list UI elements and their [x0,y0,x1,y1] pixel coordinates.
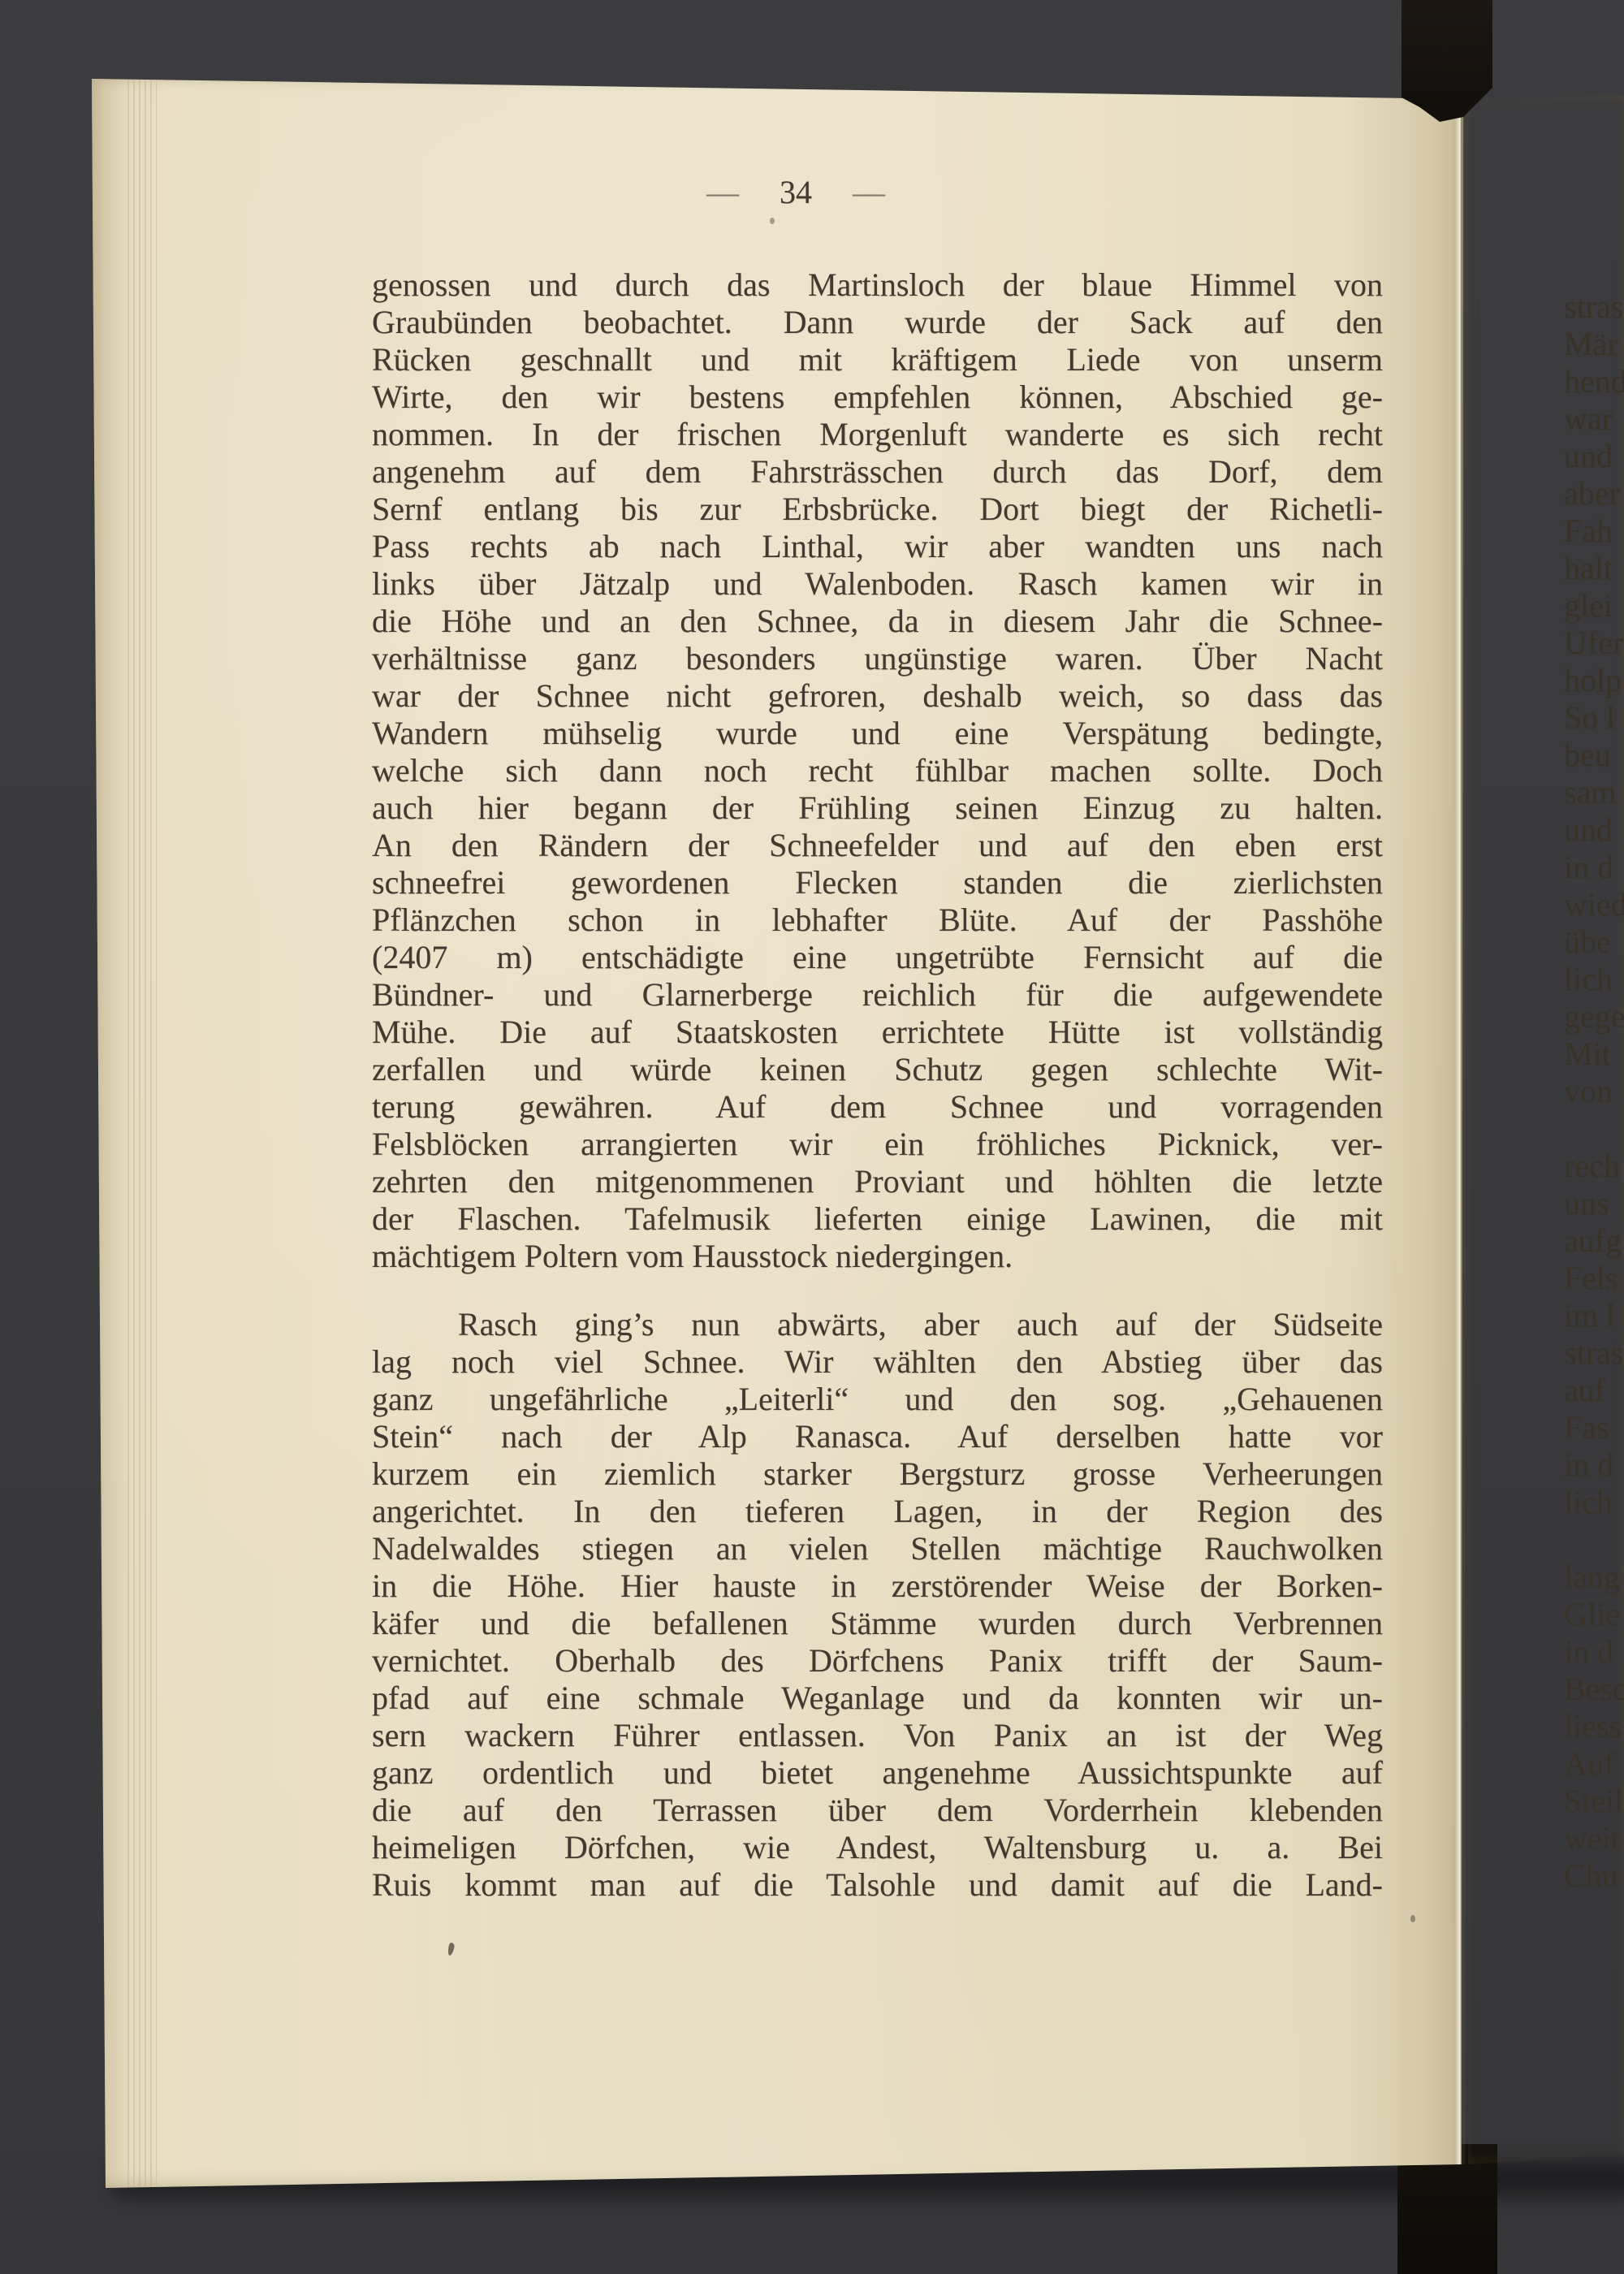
text-line: Bündner- und Glarnerberge reichlich für … [372,976,1383,1014]
text-line: welche sich dann noch recht fühlbar mach… [372,752,1383,789]
facing-page-text-fragments: strasMärhendwarundaberFahhaltgleiUferhol… [1564,288,1624,1895]
text-line: ganz ungefährliche „Leiterli“ und den so… [372,1381,1383,1418]
text-line: angerichtet. In den tieferen Lagen, in d… [372,1493,1383,1530]
text-line: die auf den Terrassen über dem Vorderrhe… [372,1792,1383,1829]
text-line: käfer und die befallenen Stämme wurden d… [372,1605,1383,1642]
text-line: (2407 m) entschädigte eine ungetrübte Fe… [372,939,1383,976]
page-number: 34 [780,173,812,212]
text-line-fragment: uns [1564,1185,1624,1222]
gutter-crease [1455,97,1466,2164]
text-line: war der Schnee nicht gefroren, deshalb w… [372,677,1383,715]
text-line-fragment: und [1564,811,1624,849]
text-line-fragment: So l [1564,699,1624,737]
text-line: An den Rändern der Schneefelder und auf … [372,827,1383,864]
text-line-fragment: in d [1564,1446,1624,1484]
text-line: zerfallen und würde keinen Schutz gegen … [372,1051,1383,1088]
text-line: Felsblöcken arrangierten wir ein fröhlic… [372,1126,1383,1163]
text-line: Wandern mühselig wurde und eine Verspätu… [372,715,1383,752]
text-line: verhältnisse ganz besonders ungünstige w… [372,640,1383,677]
text-line: Rasch ging’s nun abwärts, aber auch auf … [372,1306,1383,1343]
text-line-fragment: und [1564,438,1624,475]
page-number-header: — 34 — [674,173,918,215]
text-line: Wirte, den wir bestens empfehlen können,… [372,378,1383,416]
text-line-fragment: hend [1564,363,1624,400]
text-line: Pflänzchen schon in lebhafter Blüte. Auf… [372,901,1383,939]
text-line: genossen und durch das Martinsloch der b… [372,266,1383,304]
text-line-fragment: war [1564,400,1624,438]
ink-speck [770,218,775,224]
text-line-fragment: wied [1564,886,1624,923]
text-line: kurzem ein ziemlich starker Bergsturz gr… [372,1455,1383,1493]
text-line-fragment: Fels [1564,1260,1624,1297]
text-line-fragment: Auf [1564,1745,1624,1783]
text-line: links über Jätzalp und Walenboden. Rasch… [372,565,1383,603]
text-line: zehrten den mitgenommenen Proviant und h… [372,1163,1383,1200]
text-line-fragment: Chu [1564,1857,1624,1895]
text-line: schneefrei gewordenen Flecken standen di… [372,864,1383,901]
text-line-fragment: im l [1564,1297,1624,1334]
text-line-fragment: glei [1564,587,1624,625]
text-line: vernichtet. Oberhalb des Dörfchens Panix… [372,1642,1383,1680]
text-line-fragment: stras [1564,1334,1624,1372]
text-line-fragment: Glie [1564,1596,1624,1633]
text-line-fragment: Mär [1564,326,1624,363]
text-line-fragment [1564,1110,1624,1148]
text-line-fragment: Steil [1564,1783,1624,1820]
text-line: Nadelwaldes stiegen an vielen Stellen mä… [372,1530,1383,1567]
body-paragraph-2: Rasch ging’s nun abwärts, aber auch auf … [372,1306,1383,1904]
text-line: sern wackern Führer entlassen. Von Panix… [372,1717,1383,1754]
text-line-fragment: Ufer [1564,625,1624,662]
text-line: Sernf entlang bis zur Erbsbrücke. Dort b… [372,491,1383,528]
page-edge-shade [92,77,129,2189]
text-line-fragment [1564,1521,1624,1559]
header-left-dash: — [706,173,739,212]
text-line: pfad auf eine schmale Weganlage und da k… [372,1680,1383,1717]
text-line-fragment: auf [1564,1372,1624,1409]
text-line: terung gewähren. Auf dem Schnee und vorr… [372,1088,1383,1126]
text-line-fragment: aufg [1564,1222,1624,1260]
text-line: Stein“ nach der Alp Ranasca. Auf derselb… [372,1418,1383,1455]
text-line: Rücken geschnallt und mit kräftigem Lied… [372,341,1383,378]
text-line-fragment: Mit [1564,1035,1624,1073]
text-line: Ruis kommt man auf die Talsohle und dami… [372,1866,1383,1904]
text-line: Mühe. Die auf Staatskosten errichtete Hü… [372,1014,1383,1051]
text-line-fragment: aber [1564,475,1624,512]
text-line-fragment: halt [1564,550,1624,587]
text-line: ganz ordentlich und bietet angenehme Aus… [372,1754,1383,1792]
text-line-fragment: beu [1564,737,1624,774]
text-line: lag noch viel Schnee. Wir wählten den Ab… [372,1343,1383,1381]
text-line: auch hier begann der Frühling seinen Ein… [372,789,1383,827]
page-edge-stack [127,77,157,2189]
text-line-fragment: lang [1564,1559,1624,1596]
text-line-fragment: liess [1564,1708,1624,1745]
text-line-fragment: Besc [1564,1671,1624,1708]
text-line: heimeligen Dörfchen, wie Andest, Waltens… [372,1829,1383,1866]
ink-speck [1410,1915,1415,1922]
text-line-fragment: von [1564,1073,1624,1110]
text-line-fragment: in d [1564,1633,1624,1671]
text-line-fragment: Fah [1564,512,1624,550]
text-line: die Höhe und an den Schnee, da in diesem… [372,603,1383,640]
text-line-fragment: sam [1564,774,1624,811]
text-line: angenehm auf dem Fahrsträsschen durch da… [372,453,1383,491]
text-line-fragment: Fas [1564,1409,1624,1446]
text-line-fragment: weit [1564,1820,1624,1857]
text-line: der Flaschen. Tafelmusik lieferten einig… [372,1200,1383,1238]
text-line-fragment: stras [1564,288,1624,326]
text-line-fragment: gege [1564,998,1624,1035]
text-line: Pass rechts ab nach Linthal, wir aber wa… [372,528,1383,565]
text-line-fragment: lich [1564,961,1624,998]
text-line-fragment: rech [1564,1148,1624,1185]
text-line-fragment: übe [1564,923,1624,961]
text-line: Graubünden beobachtet. Dann wurde der Sa… [372,304,1383,341]
text-line-fragment: holp [1564,662,1624,699]
book-scan-photo: — 34 — genossen und durch das Martinsloc… [0,0,1624,2274]
header-right-dash: — [853,173,885,212]
text-line-fragment: lich [1564,1484,1624,1521]
text-line: nommen. In der frischen Morgenluft wande… [372,416,1383,453]
body-paragraph-1: genossen und durch das Martinsloch der b… [372,266,1383,1275]
text-line-fragment: in d [1564,849,1624,886]
text-line: mächtigem Poltern vom Hausstock niedergi… [372,1238,1383,1275]
text-line: in die Höhe. Hier hauste in zerstörender… [372,1567,1383,1605]
